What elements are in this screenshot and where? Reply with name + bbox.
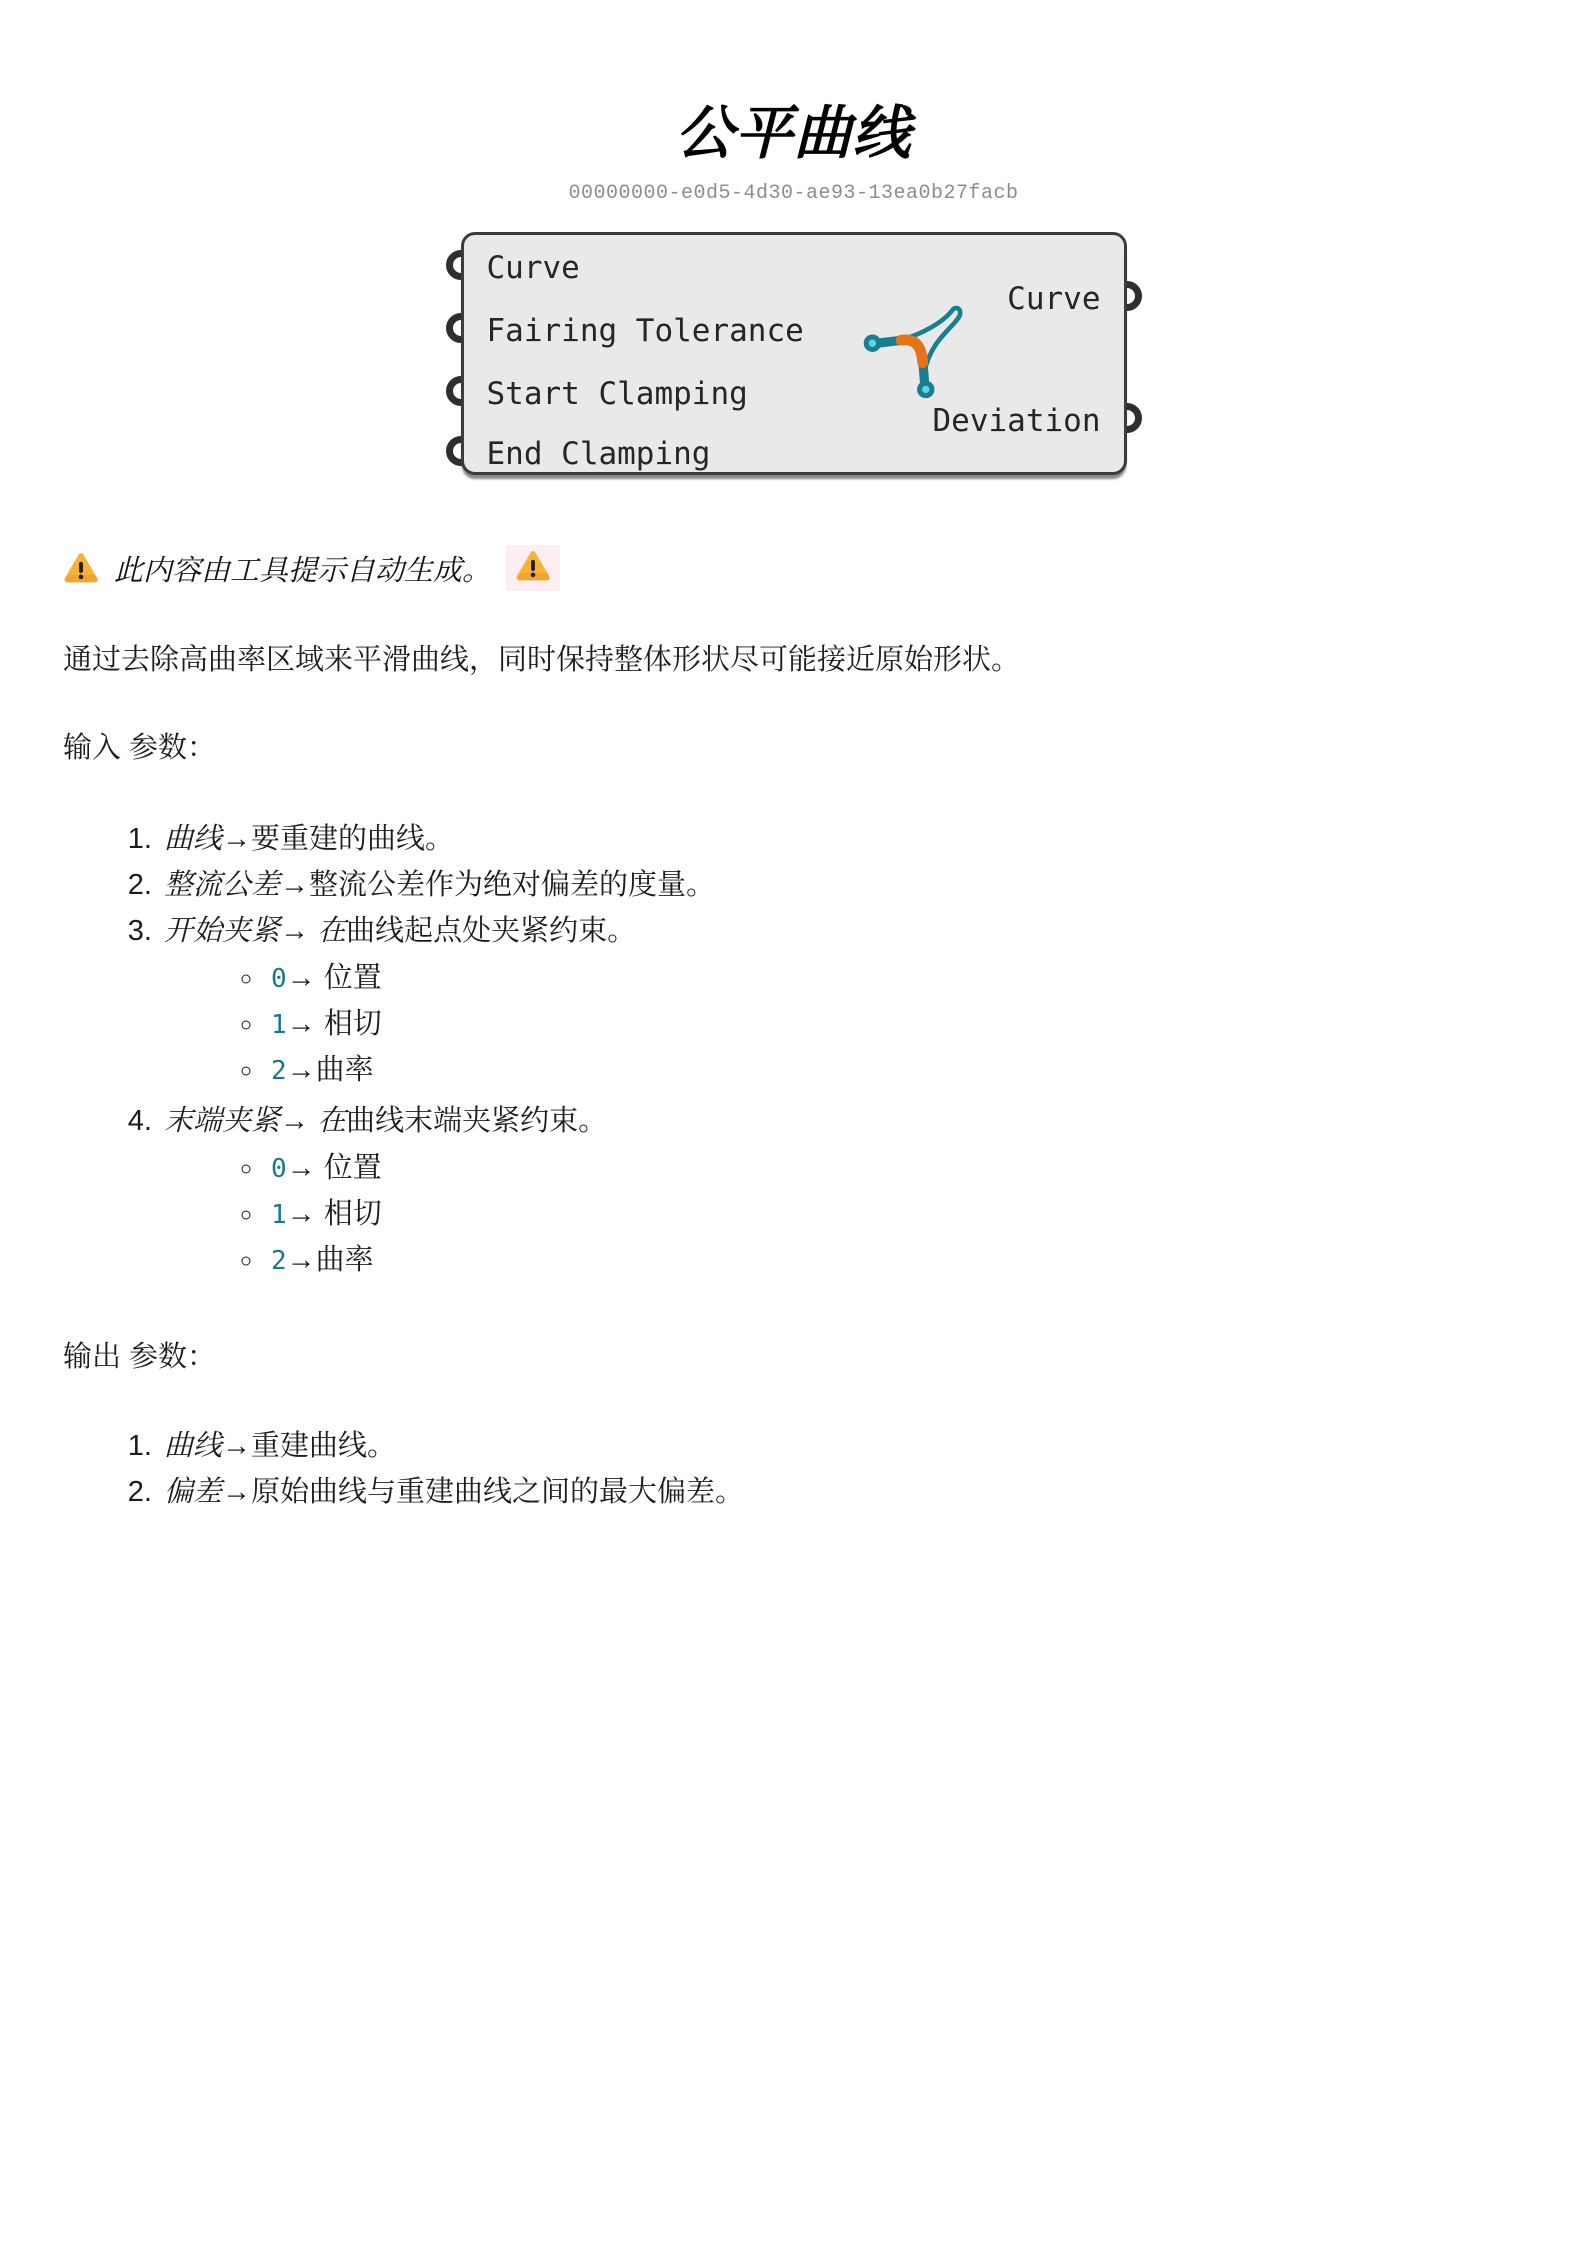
start-point-dot-center	[868, 340, 875, 347]
option-label: →曲率	[287, 1054, 374, 1086]
output-label-curve: Curve	[1007, 281, 1100, 317]
clamping-option-item: 0→ 位置	[265, 956, 1524, 1002]
option-value: 2	[271, 1056, 287, 1086]
input-param-item: 开始夹紧→ 在曲线起点处夹紧约束。 0→ 位置 1→ 相切 2→曲率	[160, 908, 1524, 1094]
input-label-curve: Curve	[487, 250, 580, 286]
auto-generated-notice: 此内容由工具提示自动生成。	[63, 545, 1524, 591]
output-params-list: 曲线→重建曲线。 偏差→原始曲线与重建曲线之间的最大偏差。	[63, 1423, 1524, 1515]
param-arrow: →	[280, 1105, 317, 1137]
param-term: 末端夹紧	[164, 1105, 280, 1137]
param-arrow: →	[222, 823, 251, 855]
input-param-item: 曲线→要重建的曲线。	[160, 816, 1524, 862]
param-description: 重建曲线。	[251, 1430, 396, 1462]
warning-icon	[515, 550, 551, 582]
option-label: →曲率	[287, 1244, 374, 1276]
param-term-secondary: 在	[317, 915, 346, 947]
param-term: 曲线	[164, 823, 222, 855]
param-description: 曲线起点处夹紧约束。	[346, 915, 636, 947]
option-value: 1	[271, 1010, 287, 1040]
param-description: 整流公差作为绝对偏差的度量。	[309, 869, 715, 901]
option-value: 2	[271, 1246, 287, 1276]
param-arrow: →	[280, 869, 309, 901]
warning-icon	[63, 552, 99, 584]
input-params-heading: 输入 参数：	[63, 725, 1524, 766]
option-label: → 位置	[287, 1152, 382, 1184]
option-label: → 相切	[287, 1008, 382, 1040]
faired-corner-path	[901, 340, 923, 363]
option-value: 1	[271, 1200, 287, 1230]
fair-curve-icon	[856, 295, 974, 413]
input-param-item: 整流公差→整流公差作为绝对偏差的度量。	[160, 862, 1524, 908]
clamping-option-item: 2→曲率	[265, 1238, 1524, 1284]
component-description: 通过去除高曲率区域来平滑曲线，同时保持整体形状尽可能接近原始形状。	[63, 639, 1524, 681]
param-arrow: →	[222, 1430, 251, 1462]
grasshopper-component: Curve Fairing Tolerance Start Clamping E…	[461, 232, 1127, 479]
option-label: → 位置	[287, 962, 382, 994]
output-params-heading: 输出 参数：	[63, 1334, 1524, 1375]
clamping-options-list: 0→ 位置 1→ 相切 2→曲率	[164, 956, 1524, 1094]
param-arrow: →	[222, 1476, 251, 1508]
auto-generated-text: 此内容由工具提示自动生成。	[114, 548, 491, 589]
clamping-option-item: 2→曲率	[265, 1048, 1524, 1094]
input-params-list: 曲线→要重建的曲线。 整流公差→整流公差作为绝对偏差的度量。 开始夹紧→ 在曲线…	[63, 816, 1524, 1284]
component-body: Curve Fairing Tolerance Start Clamping E…	[461, 232, 1127, 475]
param-arrow: →	[280, 915, 317, 947]
param-description: 曲线末端夹紧约束。	[346, 1105, 607, 1137]
output-param-item: 偏差→原始曲线与重建曲线之间的最大偏差。	[160, 1469, 1524, 1515]
clamping-option-item: 1→ 相切	[265, 1192, 1524, 1238]
clamping-options-list: 0→ 位置 1→ 相切 2→曲率	[164, 1146, 1524, 1284]
input-label-start-clamping: Start Clamping	[487, 376, 748, 412]
doc-page: 公平曲线 00000000-e0d5-4d30-ae93-13ea0b27fac…	[0, 0, 1587, 1515]
option-value: 0	[271, 1154, 287, 1184]
option-value: 0	[271, 964, 287, 994]
option-label: → 相切	[287, 1198, 382, 1230]
input-label-end-clamping: End Clamping	[487, 436, 711, 472]
clamping-option-item: 0→ 位置	[265, 1146, 1524, 1192]
output-param-item: 曲线→重建曲线。	[160, 1423, 1524, 1469]
param-description: 要重建的曲线。	[251, 823, 454, 855]
input-param-item: 末端夹紧→ 在曲线末端夹紧约束。 0→ 位置 1→ 相切 2→曲率	[160, 1098, 1524, 1284]
param-term-secondary: 在	[317, 1105, 346, 1137]
clamping-option-item: 1→ 相切	[265, 1002, 1524, 1048]
param-term: 整流公差	[164, 869, 280, 901]
warning-icon-chip	[506, 545, 560, 591]
page-title: 公平曲线	[63, 86, 1524, 170]
input-label-fairing-tolerance: Fairing Tolerance	[487, 313, 804, 349]
end-point-dot-center	[922, 386, 929, 393]
param-term: 偏差	[164, 1476, 222, 1508]
param-term: 开始夹紧	[164, 915, 280, 947]
param-term: 曲线	[164, 1430, 222, 1462]
component-guid: 00000000-e0d5-4d30-ae93-13ea0b27facb	[63, 182, 1524, 205]
param-description: 原始曲线与重建曲线之间的最大偏差。	[251, 1476, 744, 1508]
